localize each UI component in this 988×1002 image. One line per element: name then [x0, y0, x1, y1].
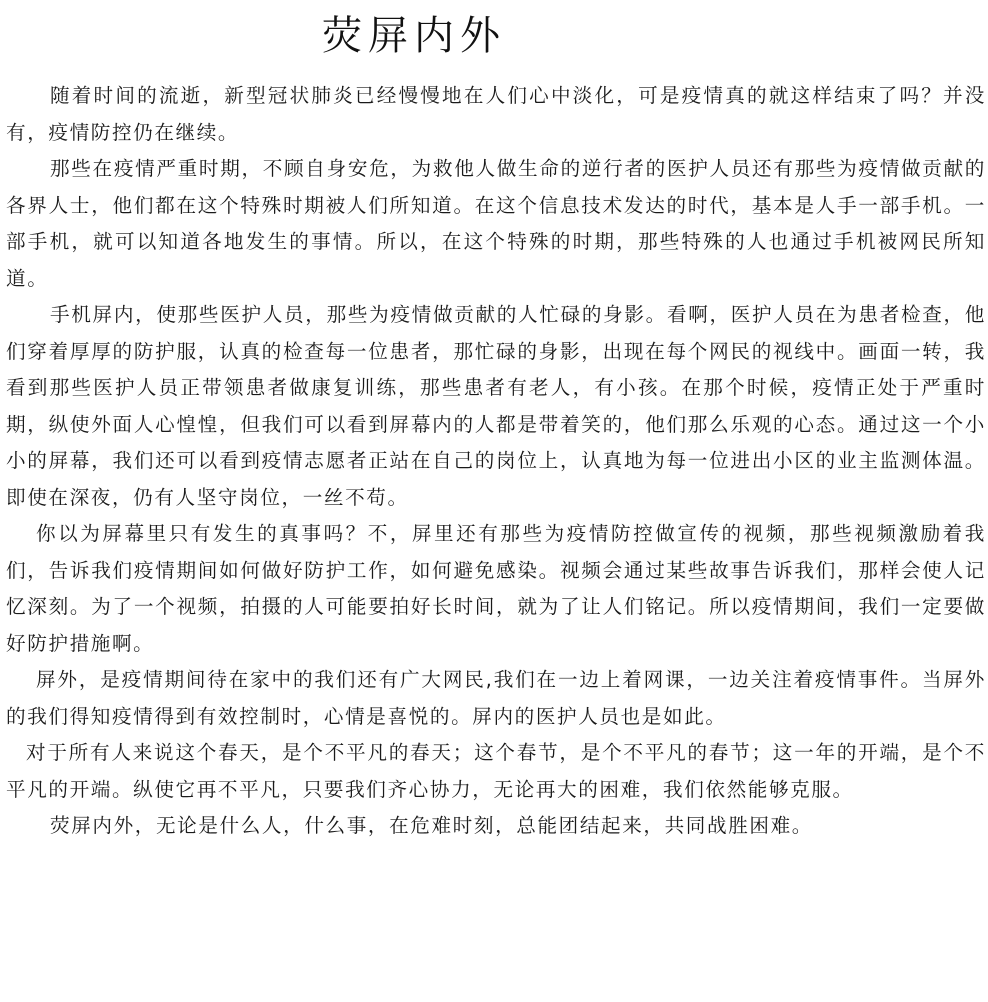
paragraph-3: 手机屏内，使那些医护人员，那些为疫情做贡献的人忙碌的身影。看啊，医护人员在为患者…	[6, 297, 986, 516]
paragraph-2: 那些在疫情严重时期，不顾自身安危，为救他人做生命的逆行者的医护人员还有那些为疫情…	[6, 151, 986, 297]
paragraph-1: 随着时间的流逝，新型冠状肺炎已经慢慢地在人们心中淡化，可是疫情真的就这样结束了吗…	[6, 78, 986, 151]
document-body: 随着时间的流逝，新型冠状肺炎已经慢慢地在人们心中淡化，可是疫情真的就这样结束了吗…	[6, 78, 986, 845]
paragraph-7: 荧屏内外，无论是什么人，什么事，在危难时刻，总能团结起来，共同战胜困难。	[6, 808, 986, 845]
paragraph-5: 屏外，是疫情期间待在家中的我们还有广大网民,我们在一边上着网课，一边关注着疫情事…	[6, 662, 986, 735]
paragraph-4: 你以为屏幕里只有发生的真事吗？不，屏里还有那些为疫情防控做宣传的视频，那些视频激…	[6, 516, 986, 662]
paragraph-6: 对于所有人来说这个春天，是个不平凡的春天；这个春节，是个不平凡的春节；这一年的开…	[6, 735, 986, 808]
document-title: 荧屏内外	[322, 8, 506, 64]
